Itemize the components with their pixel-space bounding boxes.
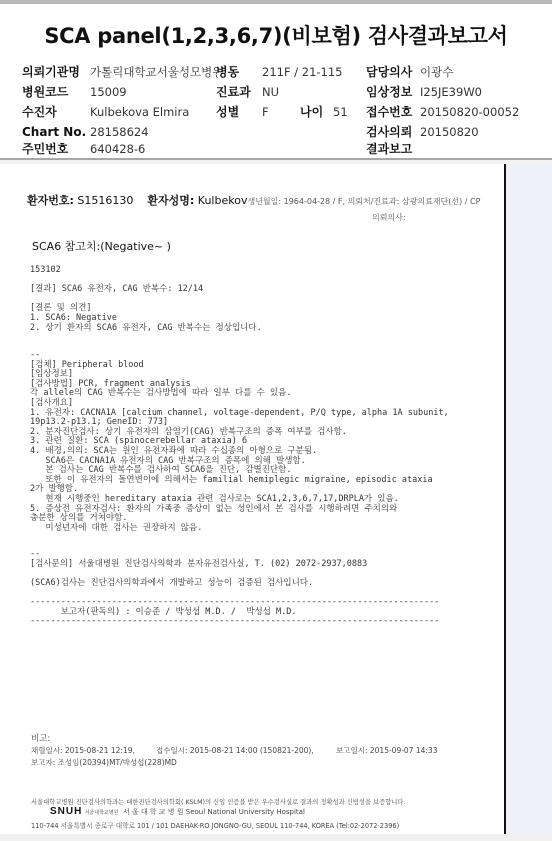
page-title: SCA panel(1,2,3,6,7)(비보험) 검사결과보고서 — [0, 20, 552, 50]
scan-margin — [508, 164, 552, 834]
bottom-bar — [0, 834, 552, 841]
field-resident-no-value: 640428-6 — [90, 139, 145, 159]
patient-number: S1516130 — [77, 194, 133, 207]
ordering-doctor: 의뢰의사: — [372, 212, 406, 223]
hospital-address: 110-744 서울특별시 종로구 대학로 101 / 101 DAEHAK-R… — [31, 820, 399, 830]
patient-line: 환자번호: S1516130 환자성명: Kulbekov생년월일: 1964-… — [27, 192, 480, 208]
hospital-brand: SNUH 서울대학교병원 서 울 대 학 교 병 원 Seoul Nationa… — [50, 806, 305, 817]
collected-time: 채혈일시: 2015-08-21 12:19, — [31, 745, 135, 756]
inquiry-section: --[검사문의] 서울대병원 진단검사의학과 분자유전검사실, T. (02) … — [30, 550, 439, 627]
field-department: 진료과 — [216, 82, 251, 102]
field-result-report: 결과보고 — [366, 139, 412, 159]
report-line: 각 allele의 CAG 반복수는 검사방법에 따라 일부 다를 수 있음. — [30, 389, 449, 399]
report-line: ----------------------------------------… — [30, 617, 439, 627]
field-clinical-info-value: I25JE39W0 — [420, 82, 482, 102]
report-line: [결과] SCA6 유전자, CAG 반복수: 12/14 — [30, 285, 262, 295]
field-doctor: 담당의사 — [366, 62, 412, 82]
field-request-date-value: 20150820 — [420, 122, 479, 142]
report-line: 미성년자에 대한 검사는 권장하지 않음. — [30, 524, 449, 534]
report-line: 153102 — [30, 266, 262, 276]
field-department-value: NU — [262, 82, 279, 102]
field-clinical-info: 임상정보 — [366, 82, 412, 102]
remarks-label: 비고: — [31, 732, 50, 744]
field-age-value: 51 — [333, 102, 348, 122]
received-time: 접수일시: 2015-08-21 14:00 (150821-200), — [156, 745, 314, 756]
field-patient: 수진자 — [22, 102, 57, 122]
field-receipt-no-value: 20150820-00052 — [420, 102, 519, 122]
certification-note: 서울대학교병원 진단검사의학과는 대한진단검사의학회( KSLM)의 신임 인증… — [31, 797, 405, 806]
field-sex-value: F — [262, 102, 269, 122]
snuh-logo: SNUH — [50, 806, 82, 817]
field-hospital-code-value: 15009 — [90, 82, 127, 102]
report-header: SCA panel(1,2,3,6,7)(비보험) 검사결과보고서 의뢰기관명 … — [0, 4, 552, 158]
reporter-info: 보고자: 조성임(20394)MT/박성섭(228)MD — [31, 757, 177, 768]
field-hospital-code: 병원코드 — [22, 82, 68, 102]
field-sex: 성별 — [216, 102, 239, 122]
field-institution-value: 가톨릭대학교서울성모병원 — [90, 62, 218, 82]
field-age: 나이 — [300, 102, 323, 122]
field-doctor-value: 이광수 — [420, 62, 453, 82]
field-institution: 의뢰기관명 — [22, 62, 80, 82]
field-ward: 병동 — [216, 62, 239, 82]
report-line: 2. 상기 환자의 SCA6 유전자, CAG 반복수는 정상입니다. — [30, 324, 262, 334]
result-section: 153102 [결과] SCA6 유전자, CAG 반복수: 12/14 [결론… — [30, 266, 262, 333]
specimen-method-section: --[검체] Peripheral blood[임상정보][검사방법] PCR,… — [30, 351, 449, 533]
field-receipt-no: 접수번호 — [366, 102, 412, 122]
birth-info: 생년월일: 1964-04-28 / F, 의뢰처/진료과: 삼광의료재단(선)… — [247, 197, 480, 206]
report-line: [검사문의] 서울대병원 진단검사의학과 분자유전검사실, T. (02) 20… — [30, 560, 439, 570]
field-resident-no: 주민번호 — [22, 139, 68, 159]
report-line: 또한 이 유전자의 돌연변이에 의해서는 familial hemiplegic… — [30, 476, 449, 486]
report-line: [검체] Peripheral blood — [30, 361, 449, 371]
field-patient-value: Kulbekova Elmira — [90, 102, 189, 122]
field-ward-value: 211F / 21-115 — [262, 62, 342, 82]
report-line: (SCA6)검사는 진단검사의학과에서 개발하고 성능이 검증된 검사입니다. — [30, 579, 439, 589]
hospital-name: 서 울 대 학 교 병 원 Seoul National University … — [123, 808, 305, 816]
reported-time: 보고일시: 2015-09-07 14:33 — [336, 745, 437, 756]
patient-name: Kulbekov — [198, 194, 248, 207]
reference-title: SCA6 참고치:(Negative~ ) — [32, 238, 171, 254]
